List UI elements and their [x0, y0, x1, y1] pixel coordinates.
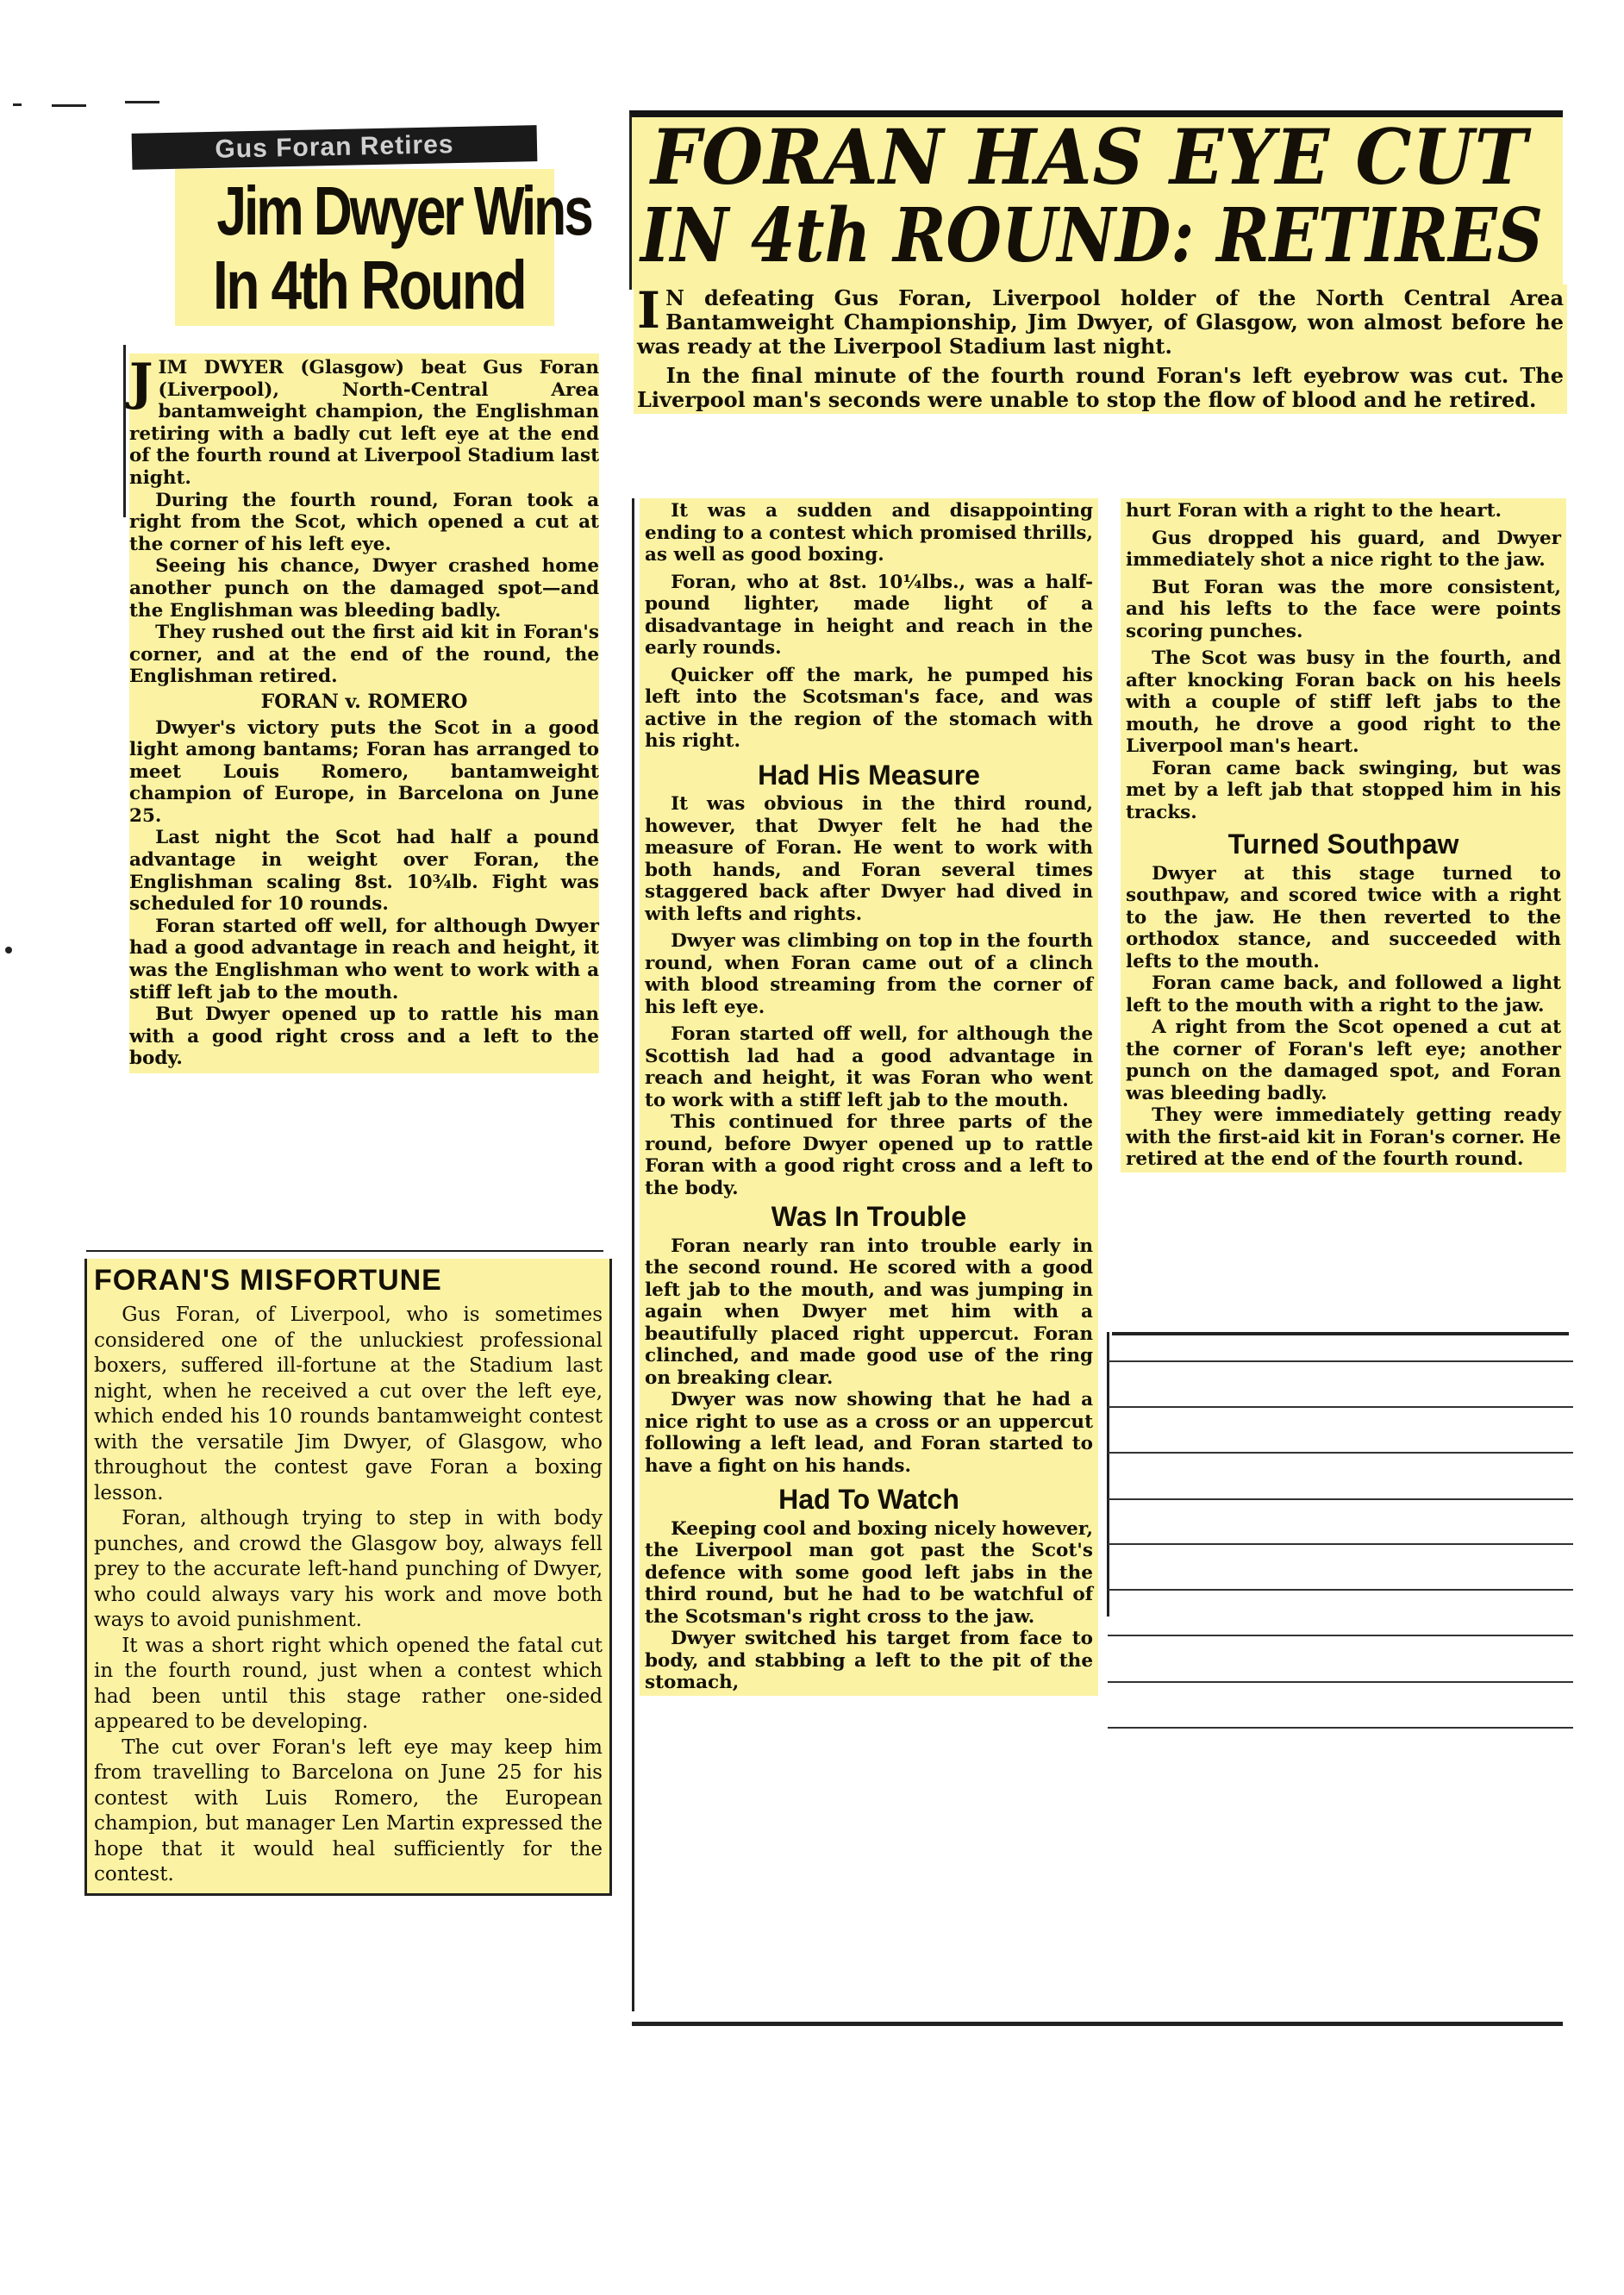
paragraph: The Scot was busy in the fourth, and aft…	[1126, 647, 1561, 758]
paragraph: Foran came back swinging, but was met by…	[1126, 758, 1561, 824]
main-column-2: hurt Foran with a right to the heart. Gu…	[1121, 498, 1566, 1173]
scan-mark	[52, 104, 86, 107]
ruled-line	[1108, 1360, 1573, 1362]
paragraph: Quicker off the mark, he pumped his left…	[645, 665, 1093, 753]
left-article-body: JIM DWYER (Glasgow) beat Gus Foran (Live…	[129, 353, 599, 1073]
column-2-bottom-rule	[1112, 1332, 1569, 1335]
paragraph: Dwyer's victory puts the Scot in a good …	[129, 717, 599, 828]
paragraph: During the fourth round, Foran took a ri…	[129, 490, 599, 556]
ruled-line	[1108, 1635, 1573, 1636]
paragraph: It was a sudden and disappointing ending…	[645, 500, 1093, 566]
paragraph: hurt Foran with a right to the heart.	[1126, 500, 1561, 522]
paragraph: Gus dropped his guard, and Dwyer immedia…	[1126, 528, 1561, 572]
main-headline-block: FORAN HAS EYE CUT IN 4th ROUND: RETIRES	[629, 110, 1563, 290]
headline-line-2: In 4th Round	[213, 248, 516, 322]
paragraph: They rushed out the first aid kit in For…	[129, 622, 599, 688]
drop-cap: J	[129, 360, 153, 403]
scan-mark	[13, 103, 22, 106]
paragraph: IM DWYER (Glasgow) beat Gus Foran (Liver…	[129, 357, 599, 489]
ruled-line	[1108, 1681, 1573, 1683]
subhead-foran-v-romero: FORAN v. ROMERO	[129, 691, 599, 714]
paragraph: Gus Foran, of Liverpool, who is sometime…	[94, 1303, 603, 1506]
misfortune-headline: FORAN'S MISFORTUNE	[94, 1264, 603, 1298]
paragraph: Dwyer switched his target from face to b…	[645, 1628, 1093, 1694]
paragraph: Foran started off well, for although the…	[645, 1023, 1093, 1111]
drop-cap: I	[637, 290, 660, 332]
paragraph: Dwyer was now showing that he had a nice…	[645, 1389, 1093, 1477]
main-column-1-border	[632, 498, 634, 2011]
headline-block: Jim Dwyer Wins In 4th Round	[175, 169, 554, 326]
paragraph: They were immediately getting ready with…	[1126, 1104, 1561, 1171]
scan-mark	[125, 101, 159, 103]
paragraph: Foran came back, and followed a light le…	[1126, 972, 1561, 1016]
subhead-turned-southpaw: Turned Southpaw	[1126, 834, 1561, 856]
misfortune-clipping: FORAN'S MISFORTUNE Gus Foran, of Liverpo…	[84, 1259, 612, 1896]
headline-line-1: Jim Dwyer Wins	[216, 174, 512, 248]
ruled-line	[1108, 1406, 1573, 1408]
left-clipping: Gus Foran Retires Jim Dwyer Wins In 4th …	[123, 129, 606, 326]
paragraph: Dwyer was climbing on top in the fourth …	[645, 930, 1093, 1018]
paragraph: In the final minute of the fourth round …	[637, 364, 1564, 412]
paragraph: But Foran was the more consistent, and h…	[1126, 577, 1561, 643]
subhead-had-his-measure: Had His Measure	[645, 765, 1093, 787]
main-headline-line-2: IN 4th ROUND: RETIRES	[640, 197, 1433, 276]
paragraph: It was obvious in the third round, howev…	[645, 793, 1093, 925]
subhead-was-in-trouble: Was In Trouble	[645, 1206, 1093, 1229]
main-clipping-bottom-rule	[632, 2022, 1563, 2026]
paragraph: A right from the Scot opened a cut at th…	[1126, 1016, 1561, 1104]
subhead-had-to-watch: Had To Watch	[645, 1489, 1093, 1511]
scan-mark	[5, 947, 12, 954]
paragraph: Dwyer at this stage turned to southpaw, …	[1126, 863, 1561, 973]
paragraph: The cut over Foran's left eye may keep h…	[94, 1735, 603, 1888]
ruled-line	[1108, 1543, 1573, 1545]
paragraph: N defeating Gus Foran, Liverpool holder …	[637, 285, 1564, 359]
ruled-line	[1108, 1589, 1573, 1591]
notebook-margin-line	[1107, 1332, 1109, 1617]
main-headline-line-1: FORAN HAS EYE CUT	[651, 117, 1499, 197]
paragraph: Foran, although trying to step in with b…	[94, 1506, 603, 1634]
paragraph: Foran started off well, for although Dwy…	[129, 916, 599, 1004]
paragraph: Foran, who at 8st. 10¼lbs., was a half-p…	[645, 572, 1093, 660]
ruled-line	[1108, 1727, 1573, 1729]
ruled-line	[1108, 1498, 1573, 1500]
paragraph: But Dwyer opened up to rattle his man wi…	[129, 1004, 599, 1070]
kicker-headline: Gus Foran Retires	[132, 125, 538, 170]
paragraph: Foran nearly ran into trouble early in t…	[645, 1235, 1093, 1390]
divider-rule	[86, 1250, 603, 1252]
main-column-1: It was a sudden and disappointing ending…	[640, 498, 1098, 1696]
ruled-line	[1108, 1452, 1573, 1454]
left-clipping-border	[123, 345, 126, 517]
paragraph: It was a short right which opened the fa…	[94, 1634, 603, 1735]
paragraph: Seeing his chance, Dwyer crashed home an…	[129, 555, 599, 622]
paragraph: Keeping cool and boxing nicely however, …	[645, 1518, 1093, 1629]
paragraph: Last night the Scot had half a pound adv…	[129, 827, 599, 915]
main-lead: IN defeating Gus Foran, Liverpool holder…	[634, 285, 1567, 414]
paragraph: This continued for three parts of the ro…	[645, 1111, 1093, 1199]
